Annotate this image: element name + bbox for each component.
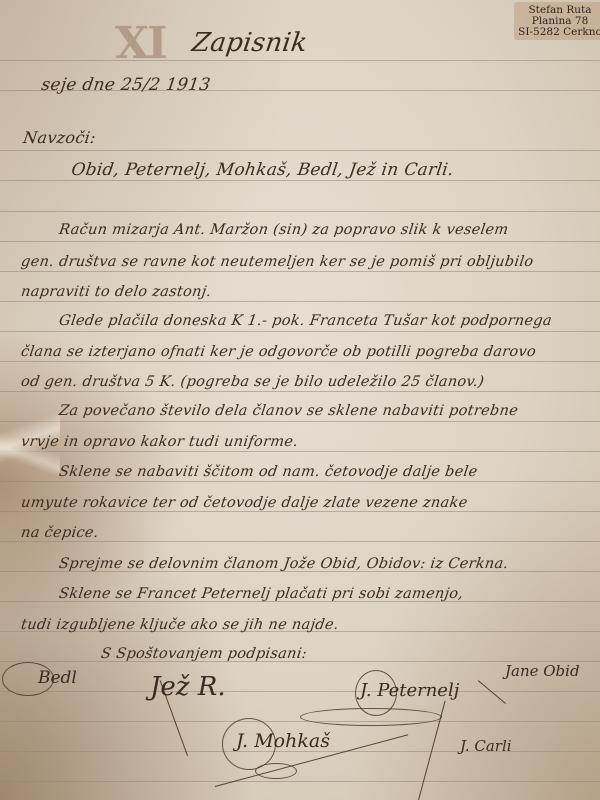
minutes-line: Za povečano število dela članov se sklen… [58, 403, 519, 419]
ruled-line [0, 301, 600, 302]
ruled-line [0, 211, 600, 212]
ruled-line [0, 180, 600, 181]
ruled-line [0, 60, 600, 61]
document-page: Stefan Ruta Planina 78 SI-5282 Cerkno XI… [0, 0, 600, 800]
session-date: seje dne 25/2 1913 [40, 75, 212, 95]
minutes-line: umyute rokavice ter od četovodje dalje z… [20, 495, 469, 511]
owner-stamp: Stefan Ruta Planina 78 SI-5282 Cerkno [514, 2, 600, 40]
minutes-line: Sklene se nabaviti ščitom od nam. četovo… [58, 464, 479, 480]
ruled-line [0, 271, 600, 272]
ruled-line [0, 421, 600, 422]
session-number: XI [115, 18, 166, 69]
signature-bedl: Bedl [38, 668, 77, 688]
document-title: Zapisnik [190, 28, 309, 58]
ruled-line [0, 781, 600, 782]
minutes-line: Sprejme se delovnim članom Jože Obid, Ob… [58, 556, 509, 572]
minutes-line: Sklene se Francet Peternelj plačati pri … [58, 586, 464, 602]
minutes-line: vrvje in opravo kakor tudi uniforme. [20, 434, 299, 450]
minutes-line: gen. društva se ravne kot neutemeljen ke… [20, 254, 534, 270]
signature-carli: J. Carli [460, 737, 512, 755]
ruled-line [0, 691, 600, 692]
attendance-names: Obid, Peternelj, Mohkaš, Bedl, Jež in Ca… [70, 160, 455, 180]
closing-line: S Spoštovanjem podpisani: [100, 646, 308, 662]
minutes-line: napraviti to delo zastonj. [20, 284, 213, 300]
ruled-line [0, 721, 600, 722]
ruled-line [0, 361, 600, 362]
paper-crease [0, 390, 60, 510]
ruled-line [0, 511, 600, 512]
ruled-line [0, 391, 600, 392]
ruled-line [0, 451, 600, 452]
ruled-line [0, 541, 600, 542]
minutes-line: Račun mizarja Ant. Maržon (sin) za popra… [58, 222, 510, 238]
signature-peternelj: J. Peternelj [360, 680, 459, 701]
minutes-line: Glede plačila doneska K 1.- pok. Francet… [58, 313, 553, 329]
signature-flourish [255, 763, 297, 779]
attendance-label: Navzoči: [22, 128, 97, 147]
minutes-line: člana se izterjano ofnati ker je odgovor… [20, 344, 537, 360]
minutes-line: na čepice. [20, 525, 100, 541]
minutes-line: od gen. društva 5 K. (pogreba se je bilo… [20, 374, 485, 390]
ruled-line [0, 150, 600, 151]
signature-obid: Jane Obid [505, 662, 580, 680]
signature-stroke [478, 680, 506, 704]
stamp-line: SI-5282 Cerkno [518, 27, 600, 38]
ruled-line [0, 481, 600, 482]
ruled-line [0, 241, 600, 242]
signature-flourish [300, 708, 442, 726]
signature-mohkas: J. Mohkaš [236, 730, 330, 752]
ruled-line [0, 331, 600, 332]
minutes-line: tudi izgubljene ključe ako se jih ne naj… [20, 617, 340, 633]
